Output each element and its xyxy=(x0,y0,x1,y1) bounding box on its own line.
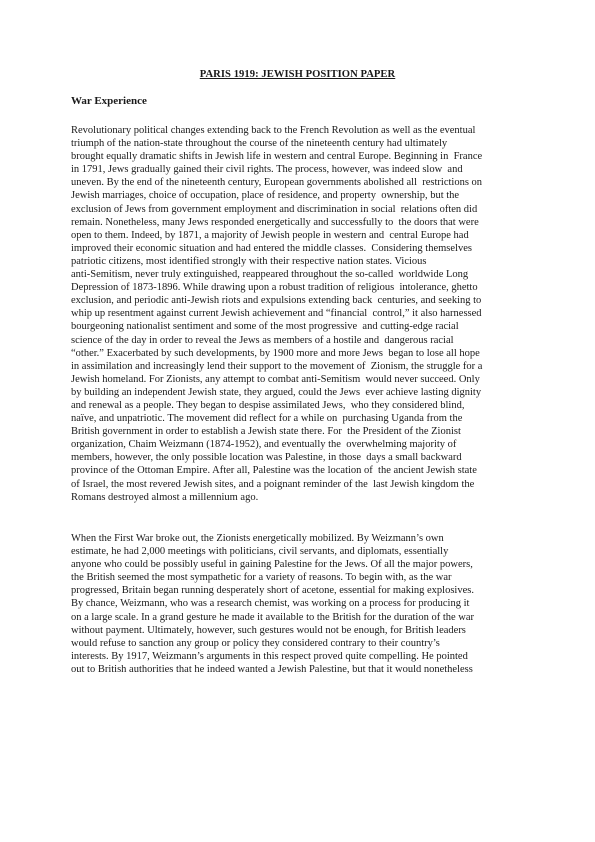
text-line: Romans destroyed almost a millennium ago… xyxy=(71,491,541,504)
text-line: in assimilation and increasingly lend th… xyxy=(71,360,541,373)
text-line: by building an independent Jewish state,… xyxy=(71,386,541,399)
text-line: of Israel, the most revered Jewish sites… xyxy=(71,478,541,491)
text-line: the British seemed the most sympathetic … xyxy=(71,571,541,584)
text-line: British government in order to establish… xyxy=(71,425,541,438)
text-line: anti-Semitism, never truly extinguished,… xyxy=(71,268,541,281)
section-heading: War Experience xyxy=(71,95,147,107)
text-line: “other.” Exacerbated by such development… xyxy=(71,347,541,360)
text-line: Jewish marriages, choice of occupation, … xyxy=(71,189,541,202)
document-page: PARIS 1919: JEWISH POSITION PAPER War Ex… xyxy=(0,0,595,842)
text-line: progressed, Britain began running desper… xyxy=(71,584,541,597)
text-line: on a large scale. In a grand gesture he … xyxy=(71,611,541,624)
text-line: Revolutionary political changes extendin… xyxy=(71,124,541,137)
text-line: out to British authorities that he indee… xyxy=(71,663,541,676)
text-line: exclusion, and periodic anti-Jewish riot… xyxy=(71,294,541,307)
text-line: bourgeoning nationalist sentiment and so… xyxy=(71,320,541,333)
text-line: patriotic citizens, most identified stro… xyxy=(71,255,541,268)
text-line: By chance, Weizmann, who was a research … xyxy=(71,597,541,610)
text-line: remain. Nonetheless, many Jews responded… xyxy=(71,216,541,229)
text-line: When the First War broke out, the Zionis… xyxy=(71,532,541,545)
text-line: exclusion of Jews from government employ… xyxy=(71,203,541,216)
text-line: anyone who could be possibly useful in g… xyxy=(71,558,541,571)
text-line: province of the Ottoman Empire. After al… xyxy=(71,464,541,477)
text-line: would refuse to sanction any group or po… xyxy=(71,637,541,650)
text-line: brought equally dramatic shifts in Jewis… xyxy=(71,150,541,163)
document-title: PARIS 1919: JEWISH POSITION PAPER xyxy=(0,69,595,80)
text-line: organization, Chaim Weizmann (1874-1952)… xyxy=(71,438,541,451)
text-line: and renewal as a people. They began to d… xyxy=(71,399,541,412)
text-line: estimate, he had 2,000 meetings with pol… xyxy=(71,545,541,558)
text-line: uneven. By the end of the nineteenth cen… xyxy=(71,176,541,189)
paragraph-2: When the First War broke out, the Zionis… xyxy=(71,532,541,676)
text-line: without payment. Ultimately, however, su… xyxy=(71,624,541,637)
text-line: members, however, the only possible loca… xyxy=(71,451,541,464)
text-line: naïve, and unpatriotic. The movement did… xyxy=(71,412,541,425)
text-line: whip up resentment against current Jewis… xyxy=(71,307,541,320)
text-line: science of the day in order to reveal th… xyxy=(71,334,541,347)
text-line: interests. By 1917, Weizmann’s arguments… xyxy=(71,650,541,663)
text-line: improved their economic situation and ha… xyxy=(71,242,541,255)
text-line: in 1791, Jews gradually gained their civ… xyxy=(71,163,541,176)
text-line: triumph of the nation-state throughout t… xyxy=(71,137,541,150)
text-line: open to them. Indeed, by 1871, a majorit… xyxy=(71,229,541,242)
paragraph-1: Revolutionary political changes extendin… xyxy=(71,124,541,504)
text-line: Depression of 1873-1896. While drawing u… xyxy=(71,281,541,294)
text-line: Jewish homeland. For Zionists, any attem… xyxy=(71,373,541,386)
